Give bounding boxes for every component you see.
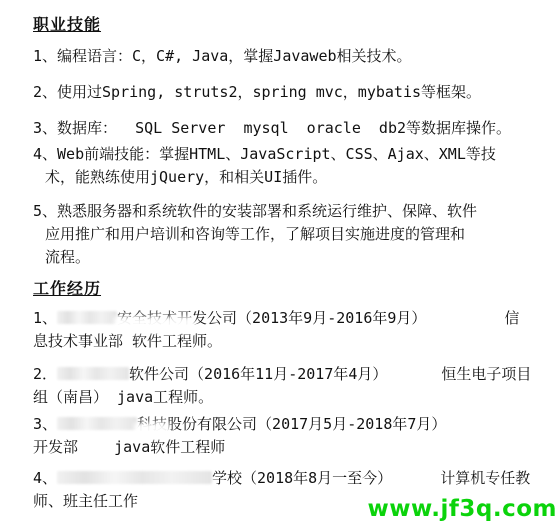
item-number: 1、 xyxy=(33,309,57,327)
skill-item-2-text: 2、使用过Spring, struts2，spring mvc，mybatis等… xyxy=(33,81,481,104)
skill-item-4: 4、Web前端技能：掌握HTML、JavaScript、CSS、Ajax、XML… xyxy=(33,143,496,189)
skill-item-5-line-2: 应用推广和用户培训和咨询等工作，了解项目实施进度的管理和 xyxy=(45,223,477,246)
experience-item-3-line-1: 3、科技股份有限公司（2017月5月-2018年7月） xyxy=(33,413,446,436)
item-number: 4、 xyxy=(33,469,57,487)
experience-item-2-line-1: 2．软件公司（2016年11月-2017年4月）恒生电子项目 xyxy=(33,363,531,386)
company-and-dates: 股份有限公司（2017月5月-2018年7月） xyxy=(167,415,446,433)
site-watermark: www.jf3q.com xyxy=(367,496,557,522)
item-number: 2． xyxy=(33,365,57,383)
school-and-dates: 学校（2018年8月一至今） xyxy=(212,469,392,487)
experience-item-2-line-2: 组（南昌） java工程师。 xyxy=(33,386,531,409)
company-and-dates: 发公司（2013年9月-2016年9月） xyxy=(192,309,426,327)
skill-item-5-line-3: 流程。 xyxy=(45,246,477,269)
experience-item-1-line-2: 息技术事业部 软件工程师。 xyxy=(33,330,519,353)
skill-item-1: 1、编程语言：C，C#, Java，掌握Javaweb相关技术。 xyxy=(33,45,412,68)
skill-item-2: 2、使用过Spring, struts2，spring mvc，mybatis等… xyxy=(33,81,481,104)
experience-item-1-line-1: 1、安全技术开发公司（2013年9月-2016年9月）信 xyxy=(33,307,519,330)
company-and-dates: 软件公司（2016年11月-2017年4月） xyxy=(129,365,387,383)
skill-item-4-line-2: 术，能熟练使用jQuery，和相关UI插件。 xyxy=(45,166,496,189)
line-tail-text: 信 xyxy=(504,309,519,327)
line-tail-text: 恒生电子项目 xyxy=(441,365,531,383)
redacted-school-name xyxy=(57,471,212,484)
skill-item-1-text: 1、编程语言：C，C#, Java，掌握Javaweb相关技术。 xyxy=(33,45,412,68)
partially-blurred-text: 安全技术开 xyxy=(117,307,192,330)
skill-item-3: 3、数据库： SQL Server mysql oracle db2等数据库操作… xyxy=(33,117,511,140)
experience-item-3-line-2: 开发部 java软件工程师 xyxy=(33,436,446,459)
redacted-company-name xyxy=(57,367,129,380)
experience-section-heading: 工作经历 xyxy=(33,276,101,299)
item-number: 3、 xyxy=(33,415,57,433)
experience-item-4-line-1: 4、学校（2018年8月一至今）计算机专任教 xyxy=(33,467,530,490)
experience-item-2: 2．软件公司（2016年11月-2017年4月）恒生电子项目 组（南昌） jav… xyxy=(33,363,531,409)
skill-item-3-text: 3、数据库： SQL Server mysql oracle db2等数据库操作… xyxy=(33,117,511,140)
skill-item-5: 5、熟悉服务器和系统软件的安装部署和系统运行维护、保障、软件 应用推广和用户培训… xyxy=(33,200,477,269)
line-tail-text: 计算机专任教 xyxy=(440,469,530,487)
resume-document: { "page": { "background": "#ffffff", "te… xyxy=(0,0,560,530)
redacted-company-name xyxy=(57,311,117,324)
experience-item-1: 1、安全技术开发公司（2013年9月-2016年9月）信 息技术事业部 软件工程… xyxy=(33,307,519,353)
experience-item-3: 3、科技股份有限公司（2017月5月-2018年7月） 开发部 java软件工程… xyxy=(33,413,446,459)
partially-blurred-text: 科技 xyxy=(137,413,167,436)
skill-item-4-line-1: 4、Web前端技能：掌握HTML、JavaScript、CSS、Ajax、XML… xyxy=(33,143,496,166)
skills-section-heading: 职业技能 xyxy=(33,12,101,35)
skill-item-5-line-1: 5、熟悉服务器和系统软件的安装部署和系统运行维护、保障、软件 xyxy=(33,200,477,223)
redacted-company-name xyxy=(57,417,137,430)
